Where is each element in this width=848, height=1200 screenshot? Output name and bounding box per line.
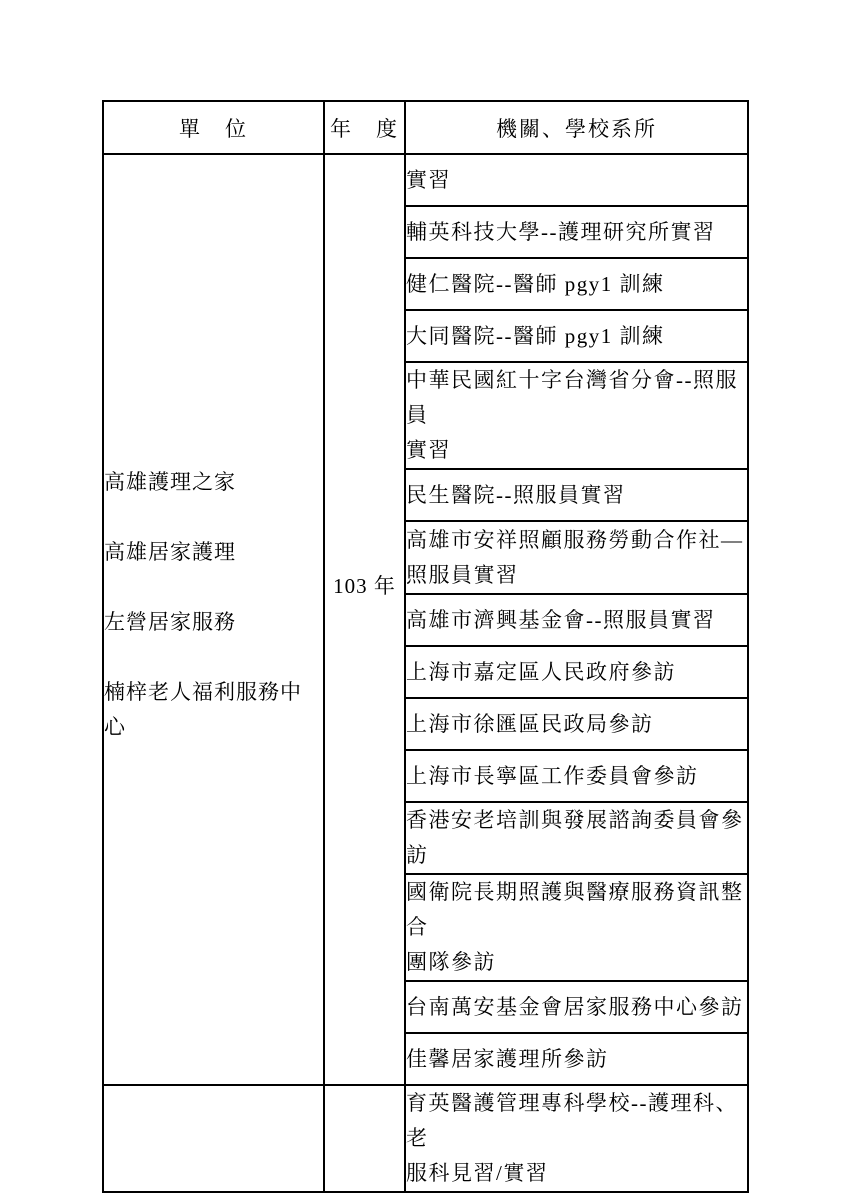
col-header-year: 年 度: [324, 101, 405, 154]
institution-cell: 上海市徐匯區民政局參訪: [405, 698, 748, 750]
institution-cell: 健仁醫院--醫師 pgy1 訓練: [405, 258, 748, 310]
institution-cell: 國衛院長期照護與醫療服務資訊整合 團隊參訪: [405, 874, 748, 981]
col-header-unit: 單 位: [103, 101, 324, 154]
institution-cell: 育英醫護管理專科學校--護理科、老 服科見習/實習: [405, 1085, 748, 1192]
unit-names: 高雄護理之家 高雄居家護理 左營居家服務 楠梓老人福利服務中心: [104, 465, 323, 745]
table-header-row: 單 位 年 度 機關、學校系所: [103, 101, 748, 154]
institution-cell: 香港安老培訓與發展諮詢委員會參訪: [405, 802, 748, 874]
institution-cell: 民生醫院--照服員實習: [405, 469, 748, 521]
institution-cell: 佳馨居家護理所參訪: [405, 1033, 748, 1085]
year-value: 103 年: [333, 570, 396, 600]
institution-cell: 高雄市安祥照顧服務勞動合作社— 照服員實習: [405, 521, 748, 594]
institution-cell: 實習: [405, 154, 748, 206]
institution-cell: 大同醫院--醫師 pgy1 訓練: [405, 310, 748, 362]
institution-cell: 台南萬安基金會居家服務中心參訪: [405, 981, 748, 1033]
year-cell-section2: [324, 1085, 405, 1192]
col-header-institution: 機關、學校系所: [405, 101, 748, 154]
unit-cell-section2: [103, 1085, 324, 1192]
institution-cell: 輔英科技大學--護理研究所實習: [405, 206, 748, 258]
document-page: 單 位 年 度 機關、學校系所 高雄護理之家 高雄居家護理 左營居家服務 楠梓老…: [0, 0, 848, 1200]
unit-cell-section1: 高雄護理之家 高雄居家護理 左營居家服務 楠梓老人福利服務中心: [103, 154, 324, 1085]
institutions-table: 單 位 年 度 機關、學校系所 高雄護理之家 高雄居家護理 左營居家服務 楠梓老…: [102, 100, 749, 1193]
institution-cell: 高雄市濟興基金會--照服員實習: [405, 594, 748, 646]
table-row: 高雄護理之家 高雄居家護理 左營居家服務 楠梓老人福利服務中心 103 年 實習: [103, 154, 748, 206]
institution-cell: 上海市嘉定區人民政府參訪: [405, 646, 748, 698]
institution-cell: 上海市長寧區工作委員會參訪: [405, 750, 748, 802]
institution-cell: 中華民國紅十字台灣省分會--照服員 實習: [405, 362, 748, 469]
year-cell-section1: 103 年: [324, 154, 405, 1085]
table-row-section2: 育英醫護管理專科學校--護理科、老 服科見習/實習: [103, 1085, 748, 1192]
